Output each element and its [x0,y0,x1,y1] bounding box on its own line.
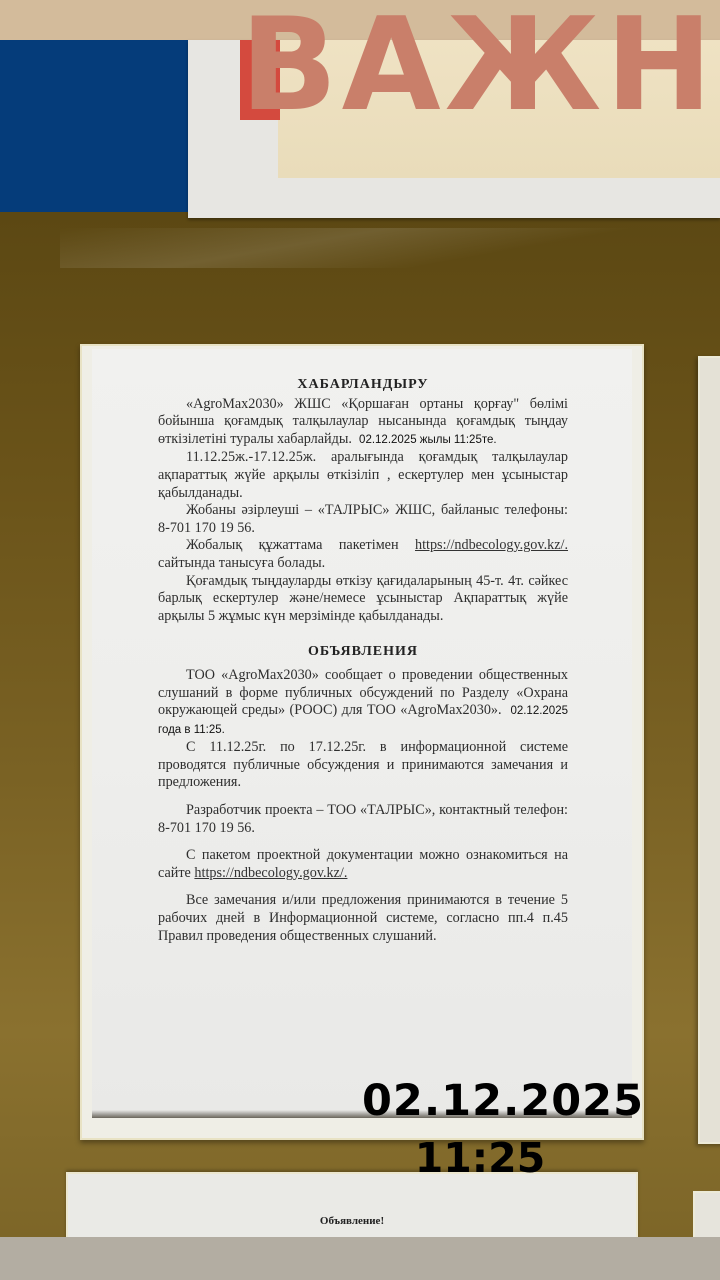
ru-paragraph-3: Разработчик проекта – ТОО «ТАЛРЫС», конт… [158,802,568,837]
ru-paragraph-5: Все замечания и/или предложения принимаю… [158,892,568,945]
bottom-notice-title: Объявление! [68,1215,636,1227]
blue-panel [0,40,188,212]
timestamp-overlay: 02.12.2025 11:25 [380,1080,690,1179]
kz-paragraph-5: Қоғамдық тыңдауларды өткізу қағидаларыны… [158,573,568,626]
kz-heading: ХАБАРЛАНДЫРУ [158,376,568,394]
announcement-text: ХАБАРЛАНДЫРУ «AgroMax2030» ЖШС «Қоршаған… [158,376,568,945]
overlay-date: 02.12.2025 [316,1080,690,1123]
kz-paragraph-3: Жобаны әзірлеуші – «ТАЛРЫС» ЖШС, байланы… [158,502,568,537]
ru-paragraph-1: ТОО «AgroMax2030» сообщает о проведении … [158,667,568,739]
kz-paragraph-1: «AgroMax2030» ЖШС «Қоршаған ортаны қорға… [158,396,568,450]
overlay-time: 11:25 [270,1138,690,1179]
adjacent-notice-frame [698,356,720,1144]
kz-paragraph-2: 11.12.25ж.-17.12.25ж. аралығында қоғамды… [158,449,568,502]
poster-title: ВАЖН [240,2,716,130]
kz-paragraph-4: Жобалық құжаттама пакетімен https://ndbe… [158,537,568,572]
ru-paragraph-4: С пакетом проектной документации можно о… [158,847,568,882]
kz-website-link[interactable]: https://ndbecology.gov.kz/. [415,537,568,553]
ru-website-link[interactable]: https://ndbecology.gov.kz/. [194,865,347,881]
tape-residue [60,228,660,268]
kz-datetime-stamp: 02.12.2025 жылы 11:25те. [359,434,497,446]
top-poster: ВАЖН [188,40,720,218]
bottom-background [0,1237,720,1280]
ru-heading: ОБЪЯВЛЕНИЯ [158,643,568,661]
ru-paragraph-2: С 11.12.25г. по 17.12.25г. в информацион… [158,739,568,792]
